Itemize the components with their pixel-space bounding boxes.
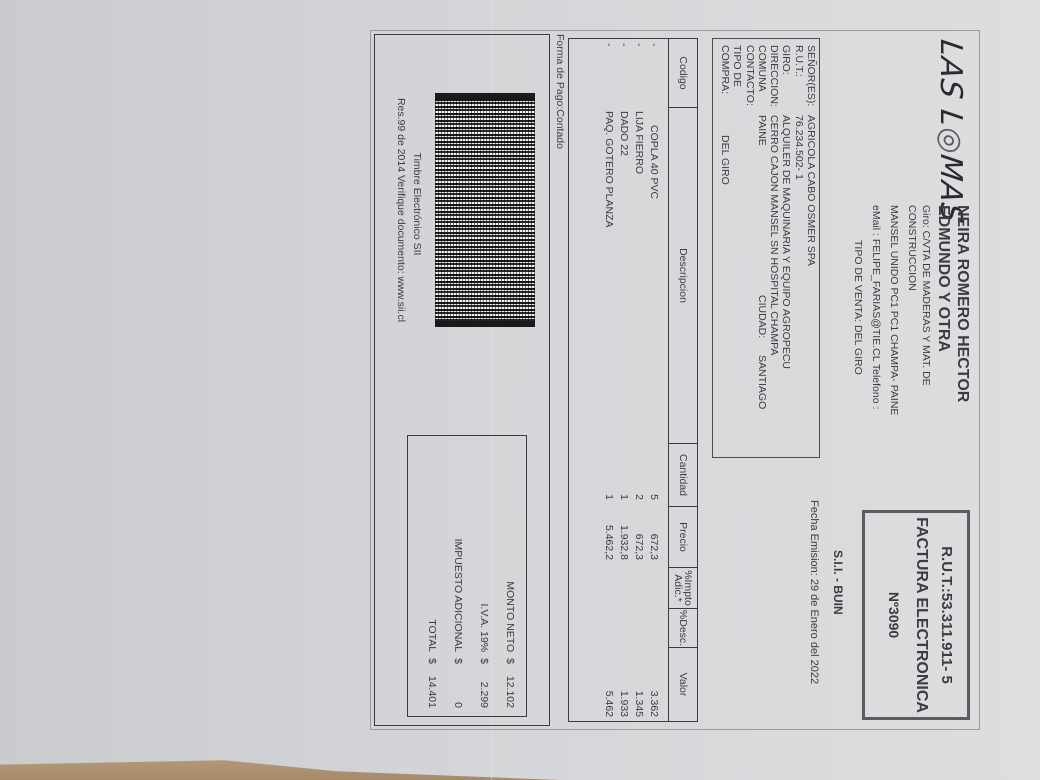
cell-descripcion: COPLA 40 PVC [649, 107, 661, 442]
issuer-rut: R.U.T.:53.311.911- 5 [938, 513, 955, 717]
total-row: I.V.A. 19%$2.299 [478, 604, 490, 709]
total-row: IMPUESTO ADICIONAL$0 [452, 539, 464, 708]
cell-codigo: - [619, 39, 631, 107]
pdf417-barcode [435, 93, 535, 327]
client-row: COMUNAPAINECIUDAD:SANTIAGO [756, 45, 768, 451]
client-row: SEÑOR(ES):AGRICOLA CABO OSMER SPA [805, 45, 817, 451]
cell-valor: 5.462 [604, 642, 616, 721]
logo-text: LAS L [933, 38, 968, 130]
client-row: CONTACTO: [743, 45, 755, 451]
col-precio: Precio [669, 507, 697, 568]
footer-box: Timbre Electrónico SII Res.99 de 2014 Ve… [374, 34, 550, 726]
invoice-page: LAS L◎MAS NEIRA ROMERO HECTOR EDMUNDO Y … [370, 30, 980, 730]
col-codigo: Codigo [669, 39, 697, 108]
total-row: TOTAL$14.401 [426, 619, 438, 708]
client-row: R.U.T.:76.234.502- 1 [792, 45, 804, 451]
table-row: -COPLA 40 PVC5672,33.362 [647, 39, 662, 721]
timbre-label: Timbre Electrónico SII [411, 93, 423, 315]
col-desc: %Desc. [669, 609, 697, 648]
document-id-box: R.U.T.:53.311.911- 5 FACTURA ELECTRONICA… [862, 510, 970, 720]
col-impto: %Impto Adic.* [669, 568, 697, 609]
document-number: Nº3090 [886, 513, 902, 717]
cell-cantidad: 2 [634, 442, 646, 504]
col-valor: Valor [669, 648, 697, 721]
items-table: Codigo Descripcion Cantidad Precio %Impt… [568, 38, 698, 722]
items-header: Codigo Descripcion Cantidad Precio %Impt… [668, 39, 697, 721]
cell-valor: 3.362 [649, 642, 661, 721]
client-row: TIPO DE [731, 45, 743, 451]
issuer-giro: Giro: C/VTA DE MADERAS Y MAT. DE [920, 205, 932, 386]
issuer-name: NEIRA ROMERO HECTOR EDMUNDO Y OTRA [934, 205, 972, 402]
cell-descripcion: DADO 22 [619, 107, 631, 442]
table-surface [0, 758, 560, 780]
issuer-giro-cont: CONSTRUCCION [906, 205, 918, 291]
resolution-label: Res.99 de 2014 Verifique documento: www.… [395, 55, 407, 365]
cell-descripcion: PAQ. GOTERO PLANZA [604, 107, 616, 442]
client-info-box: SEÑOR(ES):AGRICOLA CABO OSMER SPA R.U.T.… [712, 38, 820, 458]
issuer-email: eMail : FELIPE_FARIAS@TIE.CL Telefono : [870, 205, 882, 409]
col-cantidad: Cantidad [669, 444, 697, 507]
payment-method: Forma de Pago:Contado [554, 34, 566, 149]
total-row: MONTO NETO$12.102 [504, 581, 516, 708]
cell-descripcion: LIJA FIERRO [634, 107, 646, 442]
table-row: -PAQ. GOTERO PLANZA15.462,25.462 [602, 39, 617, 721]
client-row: COMPRA:DEL GIRO [719, 45, 731, 451]
table-row: -LIJA FIERRO2672,31.345 [632, 39, 647, 721]
document-type: FACTURA ELECTRONICA [912, 513, 930, 717]
sii-office: S.I.I. - BUIN [831, 550, 845, 615]
client-row: DIRECCION:CERRO CAJON MANSEL SN HOSPITAL… [768, 45, 780, 451]
cell-valor: 1.933 [619, 642, 631, 721]
cell-codigo: - [634, 39, 646, 107]
tipo-venta: TIPO DE VENTA: DEL GIRO [852, 240, 864, 375]
cell-precio: 5.462,2 [604, 504, 616, 564]
totals-box: MONTO NETO$12.102 I.V.A. 19%$2.299 IMPUE… [407, 435, 527, 717]
col-descripcion: Descripcion [669, 108, 697, 444]
cell-precio: 1.932,8 [619, 504, 631, 564]
issuer-address: MANSEL UNIDO PC1 PC1 CHAMPA- PAINE [888, 205, 900, 415]
table-row: -DADO 2211.932,81.933 [617, 39, 632, 721]
client-row: GIRO:ALQUILER DE MAQUINARIA Y EQUIPO AGR… [780, 45, 792, 451]
cell-valor: 1.345 [634, 642, 646, 721]
issue-date: Fecha Emision: 29 de Enero del 2022 [808, 500, 820, 684]
cell-codigo: - [604, 39, 616, 107]
cell-codigo: - [649, 39, 661, 107]
company-logo: LAS L◎MAS [933, 38, 968, 226]
cell-cantidad: 1 [619, 442, 631, 504]
cell-precio: 672,3 [634, 504, 646, 564]
cell-cantidad: 5 [649, 442, 661, 504]
cell-cantidad: 1 [604, 442, 616, 504]
cell-precio: 672,3 [649, 504, 661, 564]
